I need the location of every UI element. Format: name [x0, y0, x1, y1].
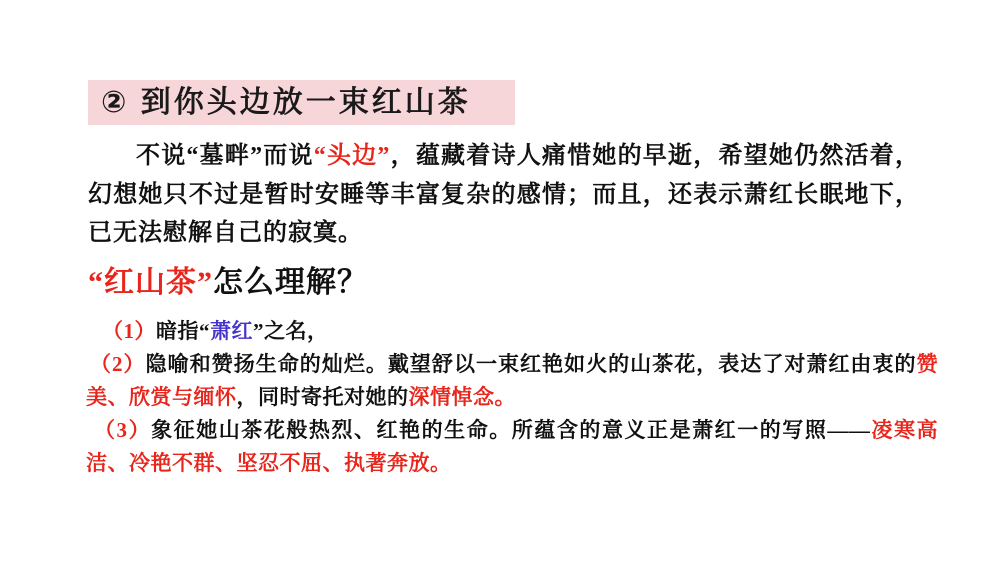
text-run: （3） [94, 418, 151, 442]
text-run: “头边” [314, 143, 391, 169]
text-run: 深情悼念。 [409, 385, 517, 409]
question-heading: “红山茶”怎么理解？ [88, 261, 368, 305]
text-run: 隐喻和赞扬生命的灿烂。戴望舒以一束红艳如火的山茶花，表达了对萧红由衷的 [146, 352, 917, 376]
text-run: 象征她山茶花般热烈、红艳的生命。所蕴含的意义正是萧红一的写照—— [151, 418, 870, 442]
text-run: 萧红 [210, 319, 253, 343]
analysis-paragraph: 不说“墓畔”而说“头边”，蕴藏着诗人痛惜她的早逝，希望她仍然活着，幻想她只不过是… [88, 137, 920, 253]
text-run: 怎么理解？ [213, 266, 368, 299]
points-list: （1）暗指“萧红”之名， （2）隐喻和赞扬生命的灿烂。戴望舒以一束红艳如火的山茶… [86, 315, 938, 480]
slide-title-bar: ② 到你头边放一束红山茶 [88, 80, 515, 125]
slide-title-text: ② 到你头边放一束红山茶 [101, 86, 471, 119]
point-item-1: （1）暗指“萧红”之名， [86, 315, 938, 348]
text-run: ”之名， [253, 319, 329, 343]
presentation-slide: ② 到你头边放一束红山茶 不说“墓畔”而说“头边”，蕴藏着诗人痛惜她的早逝，希望… [0, 0, 1000, 563]
text-run: 暗指“ [156, 319, 210, 343]
text-run: “红山茶” [88, 266, 213, 299]
text-run: 不说“墓畔”而说 [136, 143, 314, 169]
text-run: （1） [102, 319, 156, 343]
point-item-3: （3）象征她山茶花般热烈、红艳的生命。所蕴含的意义正是萧红一的写照——凌寒高洁、… [86, 414, 938, 480]
text-run: ，同时寄托对她的 [237, 385, 409, 409]
text-run: （2） [90, 352, 146, 376]
point-item-2: （2）隐喻和赞扬生命的灿烂。戴望舒以一束红艳如火的山茶花，表达了对萧红由衷的赞美… [86, 348, 938, 414]
